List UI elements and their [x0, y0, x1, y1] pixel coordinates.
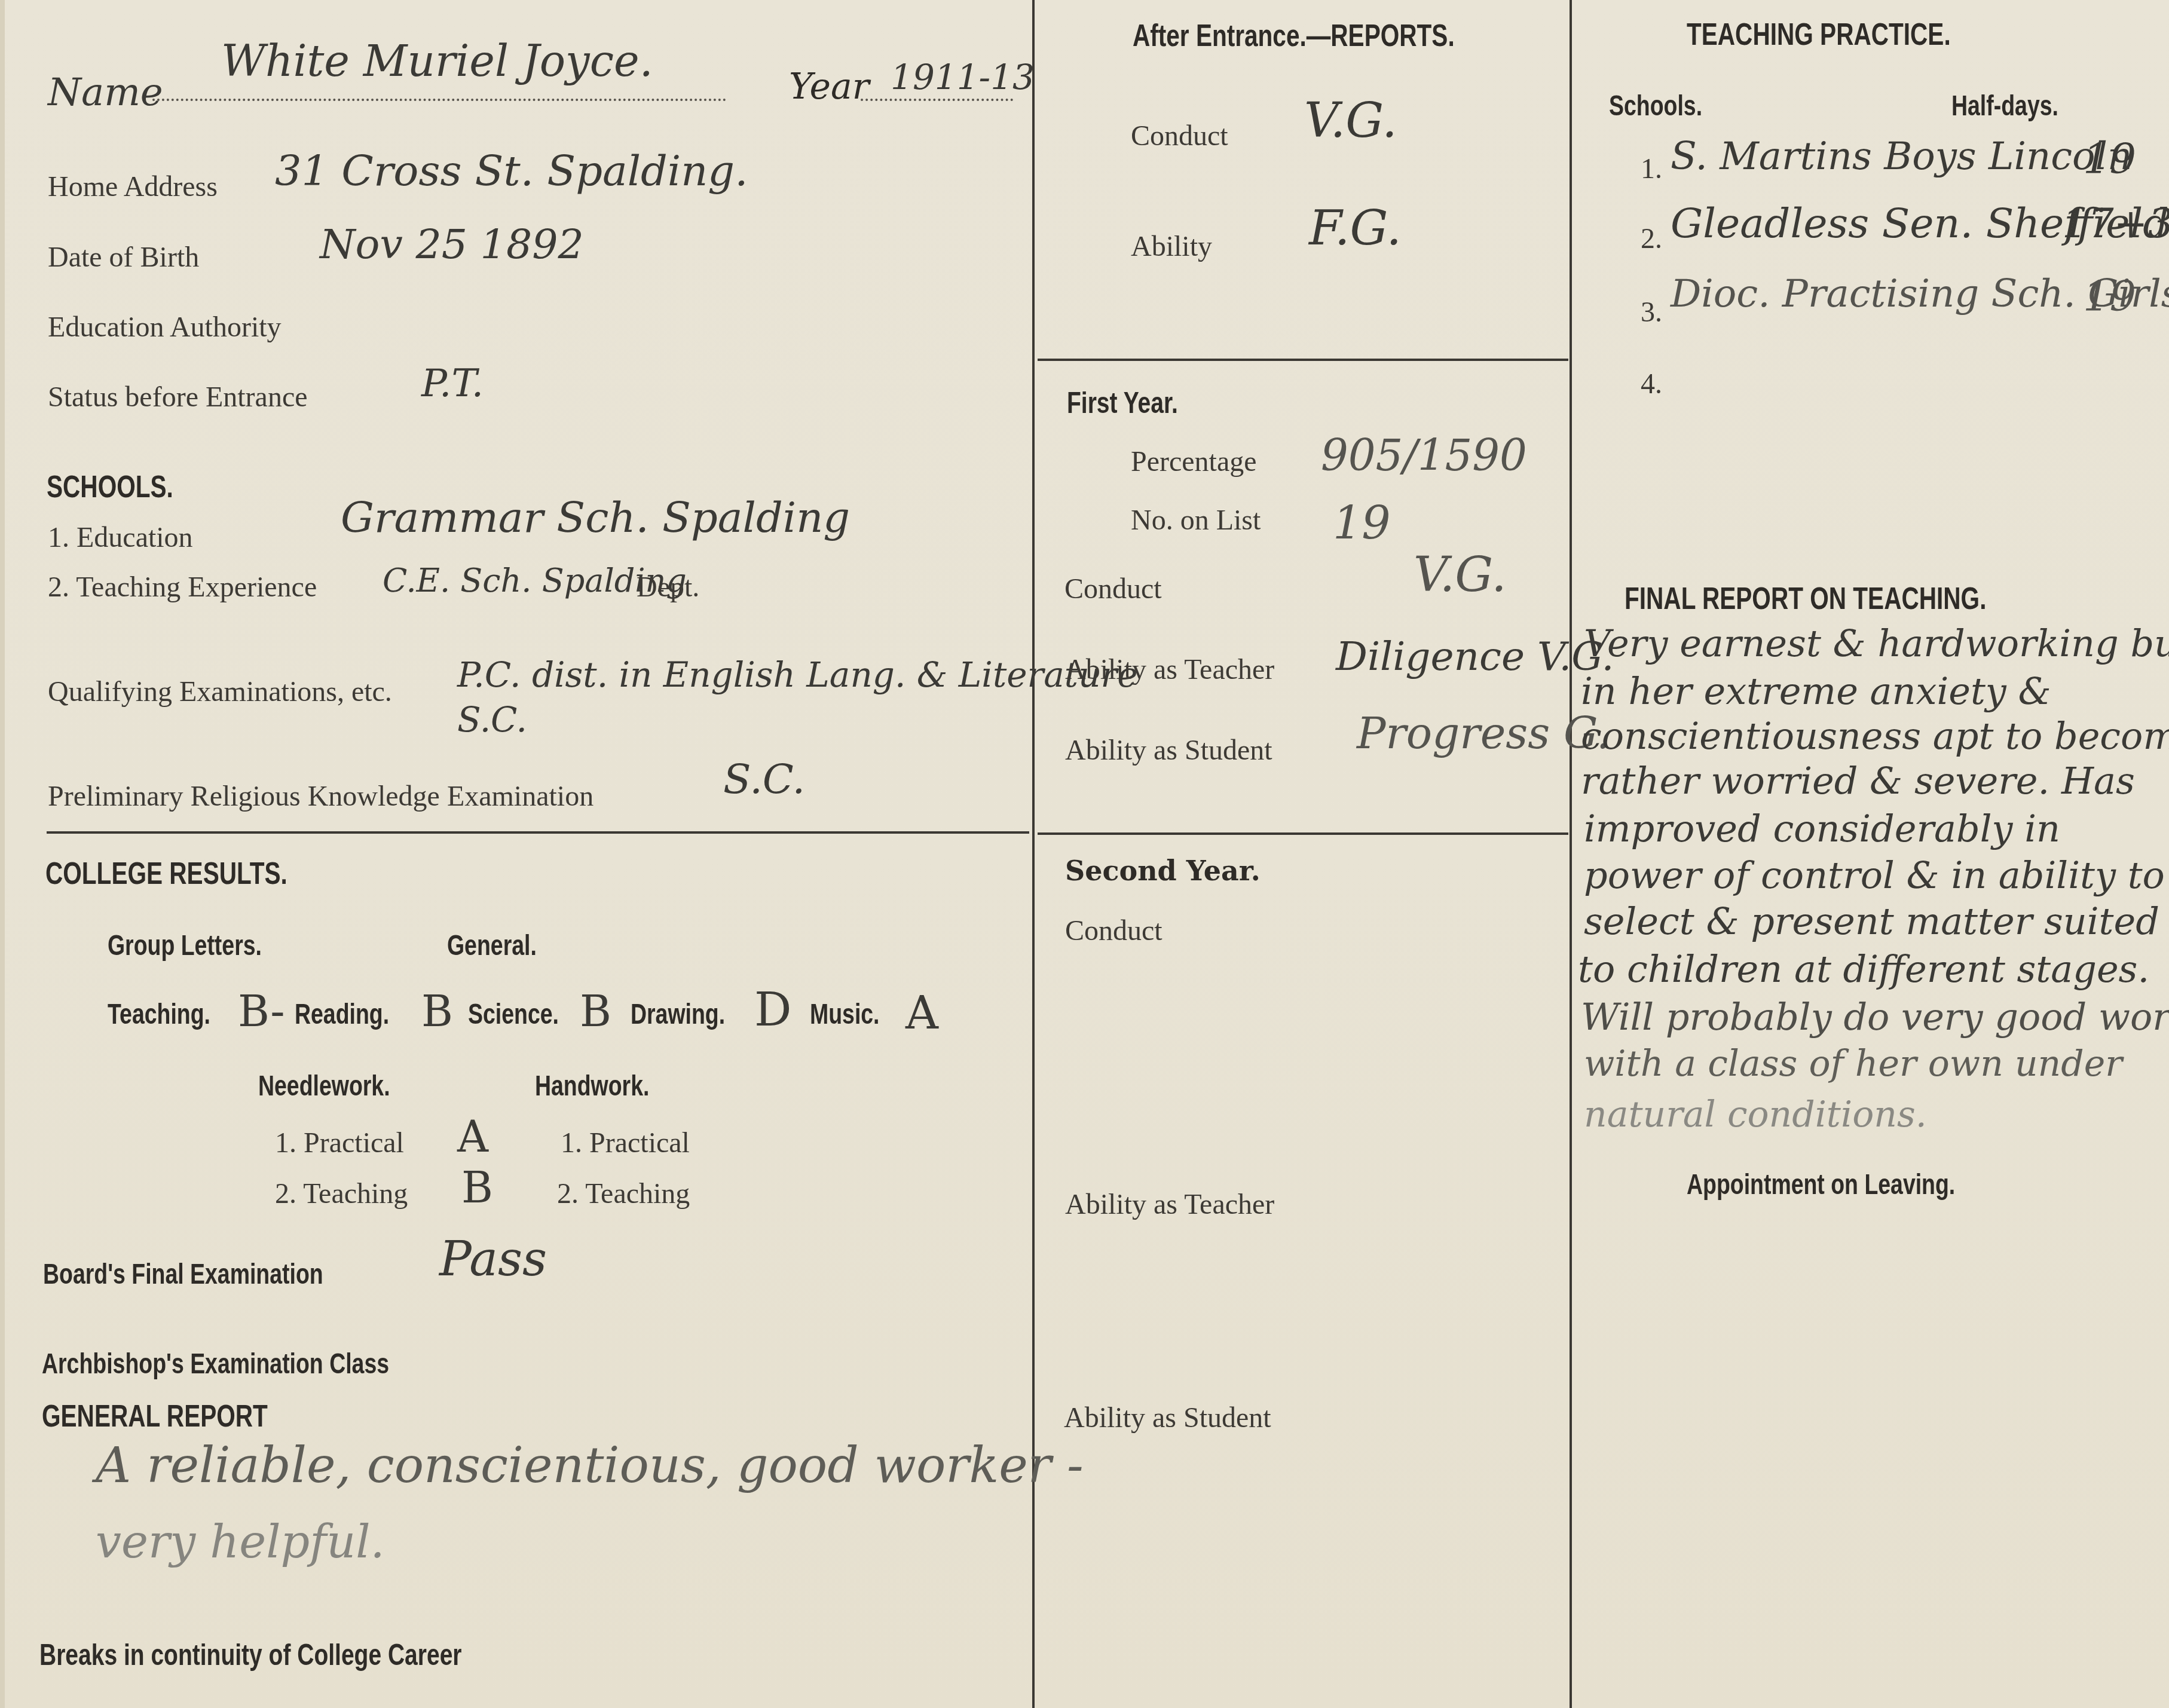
boards-final-label: Board's Final Examination: [43, 1258, 323, 1291]
row-half-days: 19: [2083, 272, 2136, 321]
final-report-line: in her extreme anxiety &: [1581, 669, 2051, 713]
needlework-practical-value: A: [457, 1112, 488, 1162]
boards-final-value: Pass: [439, 1231, 547, 1287]
grade-reading-label: Reading.: [295, 998, 389, 1031]
second-year-heading: Second Year.: [1065, 855, 1261, 887]
first-year-no-on-list-label: No. on List: [1131, 504, 1261, 537]
student-record-card: Name White Muriel Joyce. Year 1911-13 Ho…: [0, 0, 2169, 1708]
final-report-heading: FINAL REPORT ON TEACHING.: [1625, 581, 1986, 617]
college-results-heading: COLLEGE RESULTS.: [45, 856, 287, 892]
schools-column-label: Schools.: [1609, 90, 1702, 123]
final-report-line: rather worried & severe. Has: [1581, 759, 2135, 803]
qualifying-examinations-label: Qualifying Examinations, etc.: [48, 675, 392, 708]
row-school: S. Martins Boys Lincoln: [1671, 134, 2132, 179]
first-year-percentage-value: 905/1590: [1321, 430, 1527, 480]
grade-reading-value: B: [421, 986, 453, 1036]
grade-teaching-value: B-: [238, 986, 285, 1036]
group-letters-label: Group Letters.: [108, 929, 262, 962]
qualifying-examinations-value-2: S.C.: [457, 699, 527, 740]
general-label: General.: [447, 929, 537, 962]
date-of-birth-value: Nov 25 1892: [320, 221, 584, 268]
divider-second-year: [1038, 832, 1568, 835]
first-year-student-value: Progress G.: [1357, 708, 1610, 758]
year-value: 1911-13: [891, 57, 1035, 97]
after-entrance-conduct-label: Conduct: [1131, 120, 1228, 152]
religious-knowledge-value: S.C.: [723, 756, 805, 803]
divider-college-results: [47, 831, 1029, 834]
first-year-conduct-label: Conduct: [1064, 573, 1162, 605]
first-year-student-label: Ability as Student: [1065, 734, 1272, 767]
grade-science-value: B: [580, 986, 611, 1036]
row-half-days: 17+3: [2062, 200, 2169, 247]
needlework-heading: Needlework.: [258, 1070, 390, 1103]
handwork-heading: Handwork.: [535, 1070, 649, 1103]
after-entrance-ability-value: F.G.: [1309, 200, 1402, 256]
first-year-conduct-value: V.G.: [1414, 547, 1507, 602]
final-report-line: improved considerably in: [1584, 807, 2060, 850]
second-year-conduct-label: Conduct: [1065, 914, 1162, 947]
needlework-practical-label: 1. Practical: [275, 1127, 404, 1159]
half-days-column-label: Half-days.: [1951, 90, 2058, 123]
second-year-teacher-label: Ability as Teacher: [1065, 1188, 1274, 1221]
final-report-line: Very earnest & hardworking but: [1584, 622, 2169, 665]
first-year-no-on-list-value: 19: [1333, 496, 1391, 549]
grade-drawing-label: Drawing.: [631, 998, 725, 1031]
grade-science-label: Science.: [468, 998, 559, 1031]
grade-teaching-label: Teaching.: [108, 998, 210, 1031]
row-half-days: 19: [2083, 134, 2136, 183]
final-report-line: select & present matter suited: [1584, 899, 2159, 943]
home-address-value: 31 Cross St. Spalding.: [275, 146, 748, 195]
schools-heading: SCHOOLS.: [47, 469, 173, 505]
archbishops-exam-label: Archbishop's Examination Class: [42, 1348, 389, 1381]
first-year-teacher-label: Ability as Teacher: [1065, 653, 1274, 686]
final-report-line: to children at different stages.: [1578, 947, 2149, 991]
name-value: White Muriel Joyce.: [221, 36, 653, 86]
status-before-entrance-label: Status before Entrance: [48, 381, 307, 414]
second-year-student-label: Ability as Student: [1064, 1401, 1271, 1434]
name-dotted-line: [152, 99, 726, 101]
final-report-line: with a class of her own under: [1584, 1043, 2122, 1085]
general-report-heading: GENERAL REPORT: [42, 1398, 268, 1434]
breaks-continuity-label: Breaks in continuity of College Career: [39, 1637, 462, 1672]
appointment-on-leaving-label: Appointment on Leaving.: [1687, 1168, 1955, 1201]
row-number: 1.: [1641, 152, 1662, 185]
handwork-practical-label: 1. Practical: [561, 1127, 690, 1159]
teaching-practice-heading: TEACHING PRACTICE.: [1687, 17, 1951, 53]
grade-music-value: A: [905, 986, 938, 1039]
row-number: 2.: [1641, 222, 1662, 255]
religious-knowledge-label: Preliminary Religious Knowledge Examinat…: [48, 780, 594, 813]
qualifying-examinations-value-1: P.C. dist. in English Lang. & Literature: [457, 654, 1138, 695]
row-number: 4.: [1641, 368, 1662, 400]
column-divider-right: [1570, 0, 1572, 1708]
final-report-line: Will probably do very good work: [1581, 995, 2169, 1039]
year-label: Year: [789, 66, 869, 108]
date-of-birth-label: Date of Birth: [48, 241, 199, 274]
status-before-entrance-value: P.T.: [421, 362, 484, 406]
after-entrance-conduct-value: V.G.: [1304, 93, 1397, 148]
education-authority-label: Education Authority: [48, 311, 282, 344]
needlework-teaching-value: B: [461, 1162, 493, 1213]
first-year-teacher-value: Diligence V.G.: [1336, 633, 1614, 679]
final-report-line: conscientiousness apt to become: [1581, 714, 2169, 758]
schools-education-label: 1. Education: [48, 521, 193, 554]
final-report-line: power of control & in ability to: [1584, 853, 2165, 897]
home-address-label: Home Address: [48, 170, 218, 203]
handwork-teaching-label: 2. Teaching: [557, 1177, 690, 1210]
divider-first-year: [1038, 359, 1568, 361]
after-entrance-heading: After Entrance.—REPORTS.: [1133, 18, 1455, 54]
needlework-teaching-label: 2. Teaching: [275, 1177, 408, 1210]
name-label: Name: [48, 71, 163, 115]
grade-drawing-value: D: [754, 983, 792, 1037]
schools-education-value: Grammar Sch. Spalding: [341, 493, 850, 542]
final-report-line: natural conditions.: [1584, 1094, 1927, 1135]
first-year-percentage-label: Percentage: [1131, 445, 1257, 478]
after-entrance-ability-label: Ability: [1131, 230, 1212, 263]
year-dotted-line: [861, 99, 1013, 101]
teaching-experience-label: 2. Teaching Experience: [48, 571, 317, 604]
first-year-heading: First Year.: [1067, 385, 1178, 420]
card-edge: [0, 0, 5, 1708]
teaching-experience-dept: Dept.: [637, 571, 699, 604]
general-report-line-1: A reliable, conscientious, good worker -: [96, 1437, 1084, 1494]
row-number: 3.: [1641, 296, 1662, 329]
general-report-line-2: very helpful.: [96, 1515, 385, 1568]
grade-music-label: Music.: [810, 998, 880, 1031]
